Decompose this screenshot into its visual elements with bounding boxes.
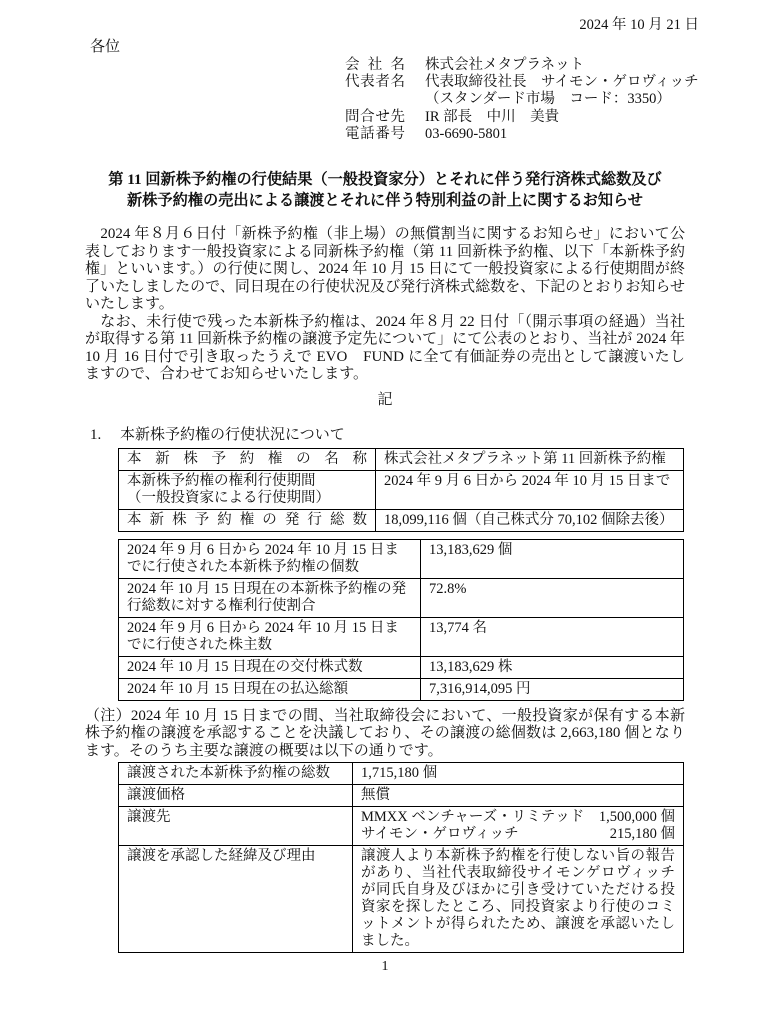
- contact-value: IR 部長 中川 美貴: [425, 109, 559, 126]
- t1-total-value: 18,099,116 個（自己株式分 70,102 個除去後）: [376, 509, 684, 531]
- t3-price-value: 無償: [353, 785, 684, 807]
- t3-transferee-label: 譲渡先: [119, 807, 353, 846]
- table-row: 2024 年 10 月 15 日現在の本新株予約権の発行総数に対する権利行使割合…: [119, 578, 684, 617]
- section-1-number: 1.: [90, 426, 120, 445]
- note-paragraph: （注）2024 年 10 月 15 日までの間、当社取締役会において、一般投資家…: [85, 708, 685, 761]
- table-row: 本新株予約権の名称 株式会社メタプラネット第 11 回新株予約権: [119, 448, 684, 470]
- t2-exercised-count-value: 13,183,629 個: [421, 539, 684, 578]
- company-name-value: 株式会社メタプラネット: [425, 57, 584, 74]
- exercise-status-table: 本新株予約権の名称 株式会社メタプラネット第 11 回新株予約権 本新株予約権の…: [118, 448, 684, 532]
- representative-value: 代表取締役社長 サイモン・ゲロヴィッチ: [425, 74, 699, 91]
- document-date: 2024 年 10 月 21 日: [85, 16, 699, 34]
- phone-row: 電話番号 03-6690-5801: [345, 126, 685, 143]
- company-info-block: 会社名 株式会社メタプラネット 代表者名 代表取締役社長 サイモン・ゲロヴィッチ…: [345, 57, 685, 143]
- phone-label: 電話番号: [345, 126, 405, 143]
- phone-value: 03-6690-5801: [425, 126, 507, 143]
- table-row: 譲渡を承認した経緯及び理由 譲渡人より本新株予約権を行使しない旨の報告があり、当…: [119, 846, 684, 953]
- table-row: 本新株予約権の発行総数 18,099,116 個（自己株式分 70,102 個除…: [119, 509, 684, 531]
- t2-paid-total-value: 7,316,914,095 円: [421, 678, 684, 700]
- company-name-row: 会社名 株式会社メタプラネット: [345, 57, 685, 74]
- section-1-title: 本新株予約権の行使状況について: [120, 426, 345, 445]
- t3-transferee-value: MMXX ベンチャーズ・リミテッド 1,500,000 個 サイモン・ゲロヴィッ…: [353, 807, 684, 846]
- document-title-line2: 新株予約権の売出による譲渡とそれに伴う特別利益の計上に関するお知らせ: [85, 190, 685, 211]
- table-row: 2024 年 9 月 6 日から 2024 年 10 月 15 日までに行使され…: [119, 617, 684, 656]
- t2-shareholders-label: 2024 年 9 月 6 日から 2024 年 10 月 15 日までに行使され…: [119, 617, 421, 656]
- t3-approval-reason-value: 譲渡人より本新株予約権を行使しない旨の報告があり、当社代表取締役サイモンゲロヴィ…: [353, 846, 684, 953]
- paragraph-2: なお、未行使で残った本新株予約権は、2024 年８月 22 日付「（開示事項の経…: [85, 314, 685, 384]
- market-code-value: （スタンダード市場 コード：3350）: [425, 91, 671, 108]
- t1-name-value: 株式会社メタプラネット第 11 回新株予約権: [376, 448, 684, 470]
- document-title: 第 11 回新株予約権の行使結果（一般投資家分）とそれに伴う発行済株式総数及び …: [85, 169, 685, 211]
- table-row: 2024 年 9 月 6 日から 2024 年 10 月 15 日までに行使され…: [119, 539, 684, 578]
- body-text: 2024 年８月６日付「新株予約権（非上場）の無償割当に関するお知らせ」において…: [85, 226, 685, 384]
- t1-name-label: 本新株予約権の名称: [119, 448, 376, 470]
- table-row: 2024 年 10 月 15 日現在の払込総額 7,316,914,095 円: [119, 678, 684, 700]
- transfer-summary-table: 譲渡された本新株予約権の総数 1,715,180 個 譲渡価格 無償 譲渡先 M…: [118, 762, 684, 953]
- section-1-heading: 1. 本新株予約権の行使状況について: [90, 426, 685, 445]
- t2-delivered-shares-value: 13,183,629 株: [421, 656, 684, 678]
- t2-delivered-shares-label: 2024 年 10 月 15 日現在の交付株式数: [119, 656, 421, 678]
- t2-shareholders-value: 13,774 名: [421, 617, 684, 656]
- contact-row: 問合せ先 IR 部長 中川 美貴: [345, 109, 685, 126]
- contact-label: 問合せ先: [345, 109, 405, 126]
- exercise-results-table: 2024 年 9 月 6 日から 2024 年 10 月 15 日までに行使され…: [118, 539, 684, 701]
- t2-exercise-ratio-value: 72.8%: [421, 578, 684, 617]
- t2-exercised-count-label: 2024 年 9 月 6 日から 2024 年 10 月 15 日までに行使され…: [119, 539, 421, 578]
- t3-price-label: 譲渡価格: [119, 785, 353, 807]
- document-page: 2024 年 10 月 21 日 各位 会社名 株式会社メタプラネット 代表者名…: [0, 0, 766, 1009]
- document-title-line1: 第 11 回新株予約権の行使結果（一般投資家分）とそれに伴う発行済株式総数及び: [85, 169, 685, 190]
- table-row: 2024 年 10 月 15 日現在の交付株式数 13,183,629 株: [119, 656, 684, 678]
- table-row: 譲渡先 MMXX ベンチャーズ・リミテッド 1,500,000 個 サイモン・ゲ…: [119, 807, 684, 846]
- table-row: 譲渡された本新株予約権の総数 1,715,180 個: [119, 763, 684, 785]
- representative-label: 代表者名: [345, 74, 405, 91]
- table-row: 譲渡価格 無償: [119, 785, 684, 807]
- t1-total-label: 本新株予約権の発行総数: [119, 509, 376, 531]
- t3-transferred-total-value: 1,715,180 個: [353, 763, 684, 785]
- transferee-line-2: サイモン・ゲロヴィッチ 215,180 個: [361, 826, 675, 843]
- t3-approval-reason-label: 譲渡を承認した経緯及び理由: [119, 846, 353, 953]
- transferee-line-1: MMXX ベンチャーズ・リミテッド 1,500,000 個: [361, 809, 675, 826]
- t1-period-label: 本新株予約権の権利行使期間 （一般投資家による行使期間）: [119, 470, 376, 509]
- representative-row: 代表者名 代表取締役社長 サイモン・ゲロヴィッチ: [345, 74, 685, 91]
- paragraph-1: 2024 年８月６日付「新株予約権（非上場）の無償割当に関するお知らせ」において…: [85, 226, 685, 314]
- table-row: 本新株予約権の権利行使期間 （一般投資家による行使期間） 2024 年 9 月 …: [119, 470, 684, 509]
- salutation: 各位: [90, 38, 685, 57]
- t3-transferred-total-label: 譲渡された本新株予約権の総数: [119, 763, 353, 785]
- t1-period-value: 2024 年 9 月 6 日から 2024 年 10 月 15 日まで: [376, 470, 684, 509]
- market-code-row: （スタンダード市場 コード：3350）: [345, 91, 685, 108]
- company-name-label: 会社名: [345, 57, 405, 74]
- t2-exercise-ratio-label: 2024 年 10 月 15 日現在の本新株予約権の発行総数に対する権利行使割合: [119, 578, 421, 617]
- record-mark: 記: [85, 391, 685, 409]
- t2-paid-total-label: 2024 年 10 月 15 日現在の払込総額: [119, 678, 421, 700]
- page-number: 1: [85, 959, 685, 975]
